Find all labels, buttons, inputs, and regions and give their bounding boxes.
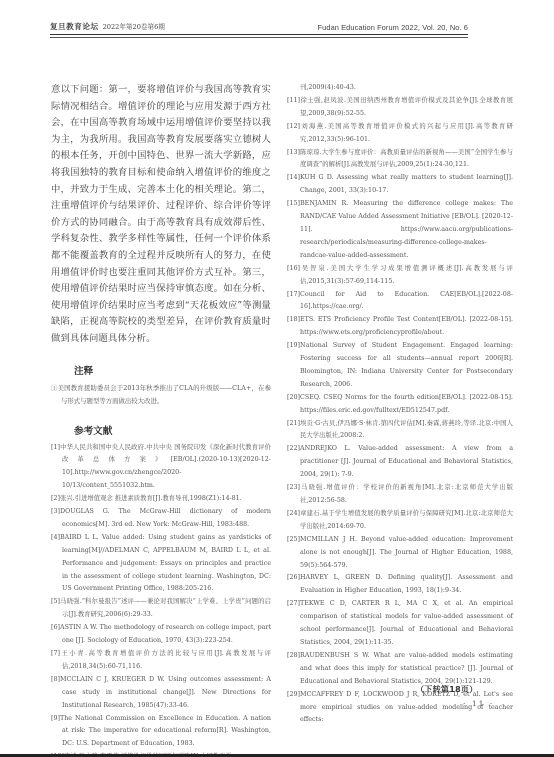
reference-item: [9]The National Commission on Excellence… [51, 713, 271, 752]
reference-item: [6]ASTIN A W. The methodology of researc… [51, 622, 271, 648]
right-column: 刊,2009(4):40-43. [11]徐士强,赵凤波.美国田纳西州教育增值评… [287, 82, 513, 727]
reference-item: [23]马晓强.增值评价：学校评价的新视角[M].北京:北京师范大学出版社,20… [287, 482, 513, 508]
reference-item: [22]ANDREJKO L. Value-added assessment: … [287, 443, 513, 482]
reference-item: [13]陈琼琼.大学生参与度评价：高教质量评估的新视角——美国“全国学生参与度调… [287, 147, 513, 173]
reference-item: [26]HARVEY L, GREEN D. Defining quality[… [287, 572, 513, 598]
reference-item: [19]National Survey of Student Engagemen… [287, 340, 513, 392]
reference-item: [28]RAUDENBUSH S W. What are value-added… [287, 650, 513, 689]
reference-item: [8]MCCLAIN C J, KRUEGER D W. Using outco… [51, 674, 271, 713]
reference-item: [17]Council for Aid to Education. CAE[EB… [287, 289, 513, 315]
body-paragraph: 意以下问题：第一，要将增值评价与我国高等教育实际情况相结合。增值评价的理论与应用… [51, 82, 271, 348]
reference-item: [25]MCMILLAN J H. Beyond value-added edu… [287, 534, 513, 573]
reference-item: [24]章建石.基于学生增值发展的教学质量评价与保障研究[M].北京:北京师范大… [287, 508, 513, 534]
reference-item: [18]ETS. ETS Proficiency Profile Test Co… [287, 314, 513, 340]
reference-item: [15]BENJAMIN R. Measuring the difference… [287, 198, 513, 263]
notes-heading: 注释 [51, 363, 271, 377]
journal-title-en: Fudan Education Forum 2022, Vol. 20, No.… [318, 23, 468, 32]
header-left: 复旦教育论坛 2022年第20卷第6期 [50, 21, 165, 32]
references-list-left: [1]中华人民共和国中央人民政府.中共中央 国务院印发《深化新时代教育评价改革总… [51, 442, 271, 757]
reference-continuation: 刊,2009(4):40-43. [287, 82, 513, 95]
reference-item: [14]KUH G D. Assessing what really matte… [287, 172, 513, 198]
reference-item: [20]CSEQ. CSEQ Norms for the fourth edit… [287, 392, 513, 418]
reference-item: [11]徐士强,赵凤波.美国田纳西州教育增值评价模式及其论争[J].全球教育展望… [287, 95, 513, 121]
header-rule-thin [50, 37, 468, 38]
reference-item: [12]刘海燕.美国高等教育增值评价模式的兴起与应用[J].高等教育研究,201… [287, 121, 513, 147]
left-column: 意以下问题：第一，要将增值评价与我国高等教育实际情况相结合。增值评价的理论与应用… [51, 82, 271, 757]
references-heading: 参考文献 [51, 423, 271, 437]
reference-item: [16]吴智泉.美国大学生学习成果增值测评概述[J].高教发展与评估,2015,… [287, 263, 513, 289]
reference-item: [7]王小青.高等教育增值评价方法的比较与应用[J].高教发展与评估,2018,… [51, 648, 271, 674]
continued-on-page-note: （下转第18页） [416, 684, 478, 695]
running-header: 复旦教育论坛 2022年第20卷第6期 Fudan Education Foru… [50, 18, 468, 32]
journal-title-cn: 复旦教育论坛 [50, 21, 99, 32]
reference-item: [21]埃贡·G·古贝,伊冯娜·S·林肯.第四代评估[M].秦霖,蒋燕玲,等译.… [287, 418, 513, 444]
note-item: ①美国教育援助委员会于2013年秋季推出了CLA的升级版——CLA+，在参与形式… [51, 382, 271, 408]
header-rule [50, 34, 468, 35]
reference-item: [2]张兴.引进增值观念 推进素质教育[J].教育导刊,1998(Z1):14-… [51, 493, 271, 506]
reference-item: [3]DOUGLAS G. The McGraw-Hill dictionary… [51, 506, 271, 532]
issue-info-cn: 2022年第20卷第6期 [103, 21, 165, 31]
page-number: · 11 · [463, 699, 494, 708]
reference-item: [4]BAIRD L L. Value added: Using student… [51, 532, 271, 597]
reference-item: [1]中华人民共和国中央人民政府.中共中央 国务院印发《深化新时代教育评价改革总… [51, 442, 271, 494]
reference-item: [5]马晓强.“科尔曼报告”述评——兼论对我国解决“上学难、上学贵”问题的启示[… [51, 596, 271, 622]
reference-item: [27]TEKWE C D, CARTER R L, MA C X, et al… [287, 598, 513, 650]
